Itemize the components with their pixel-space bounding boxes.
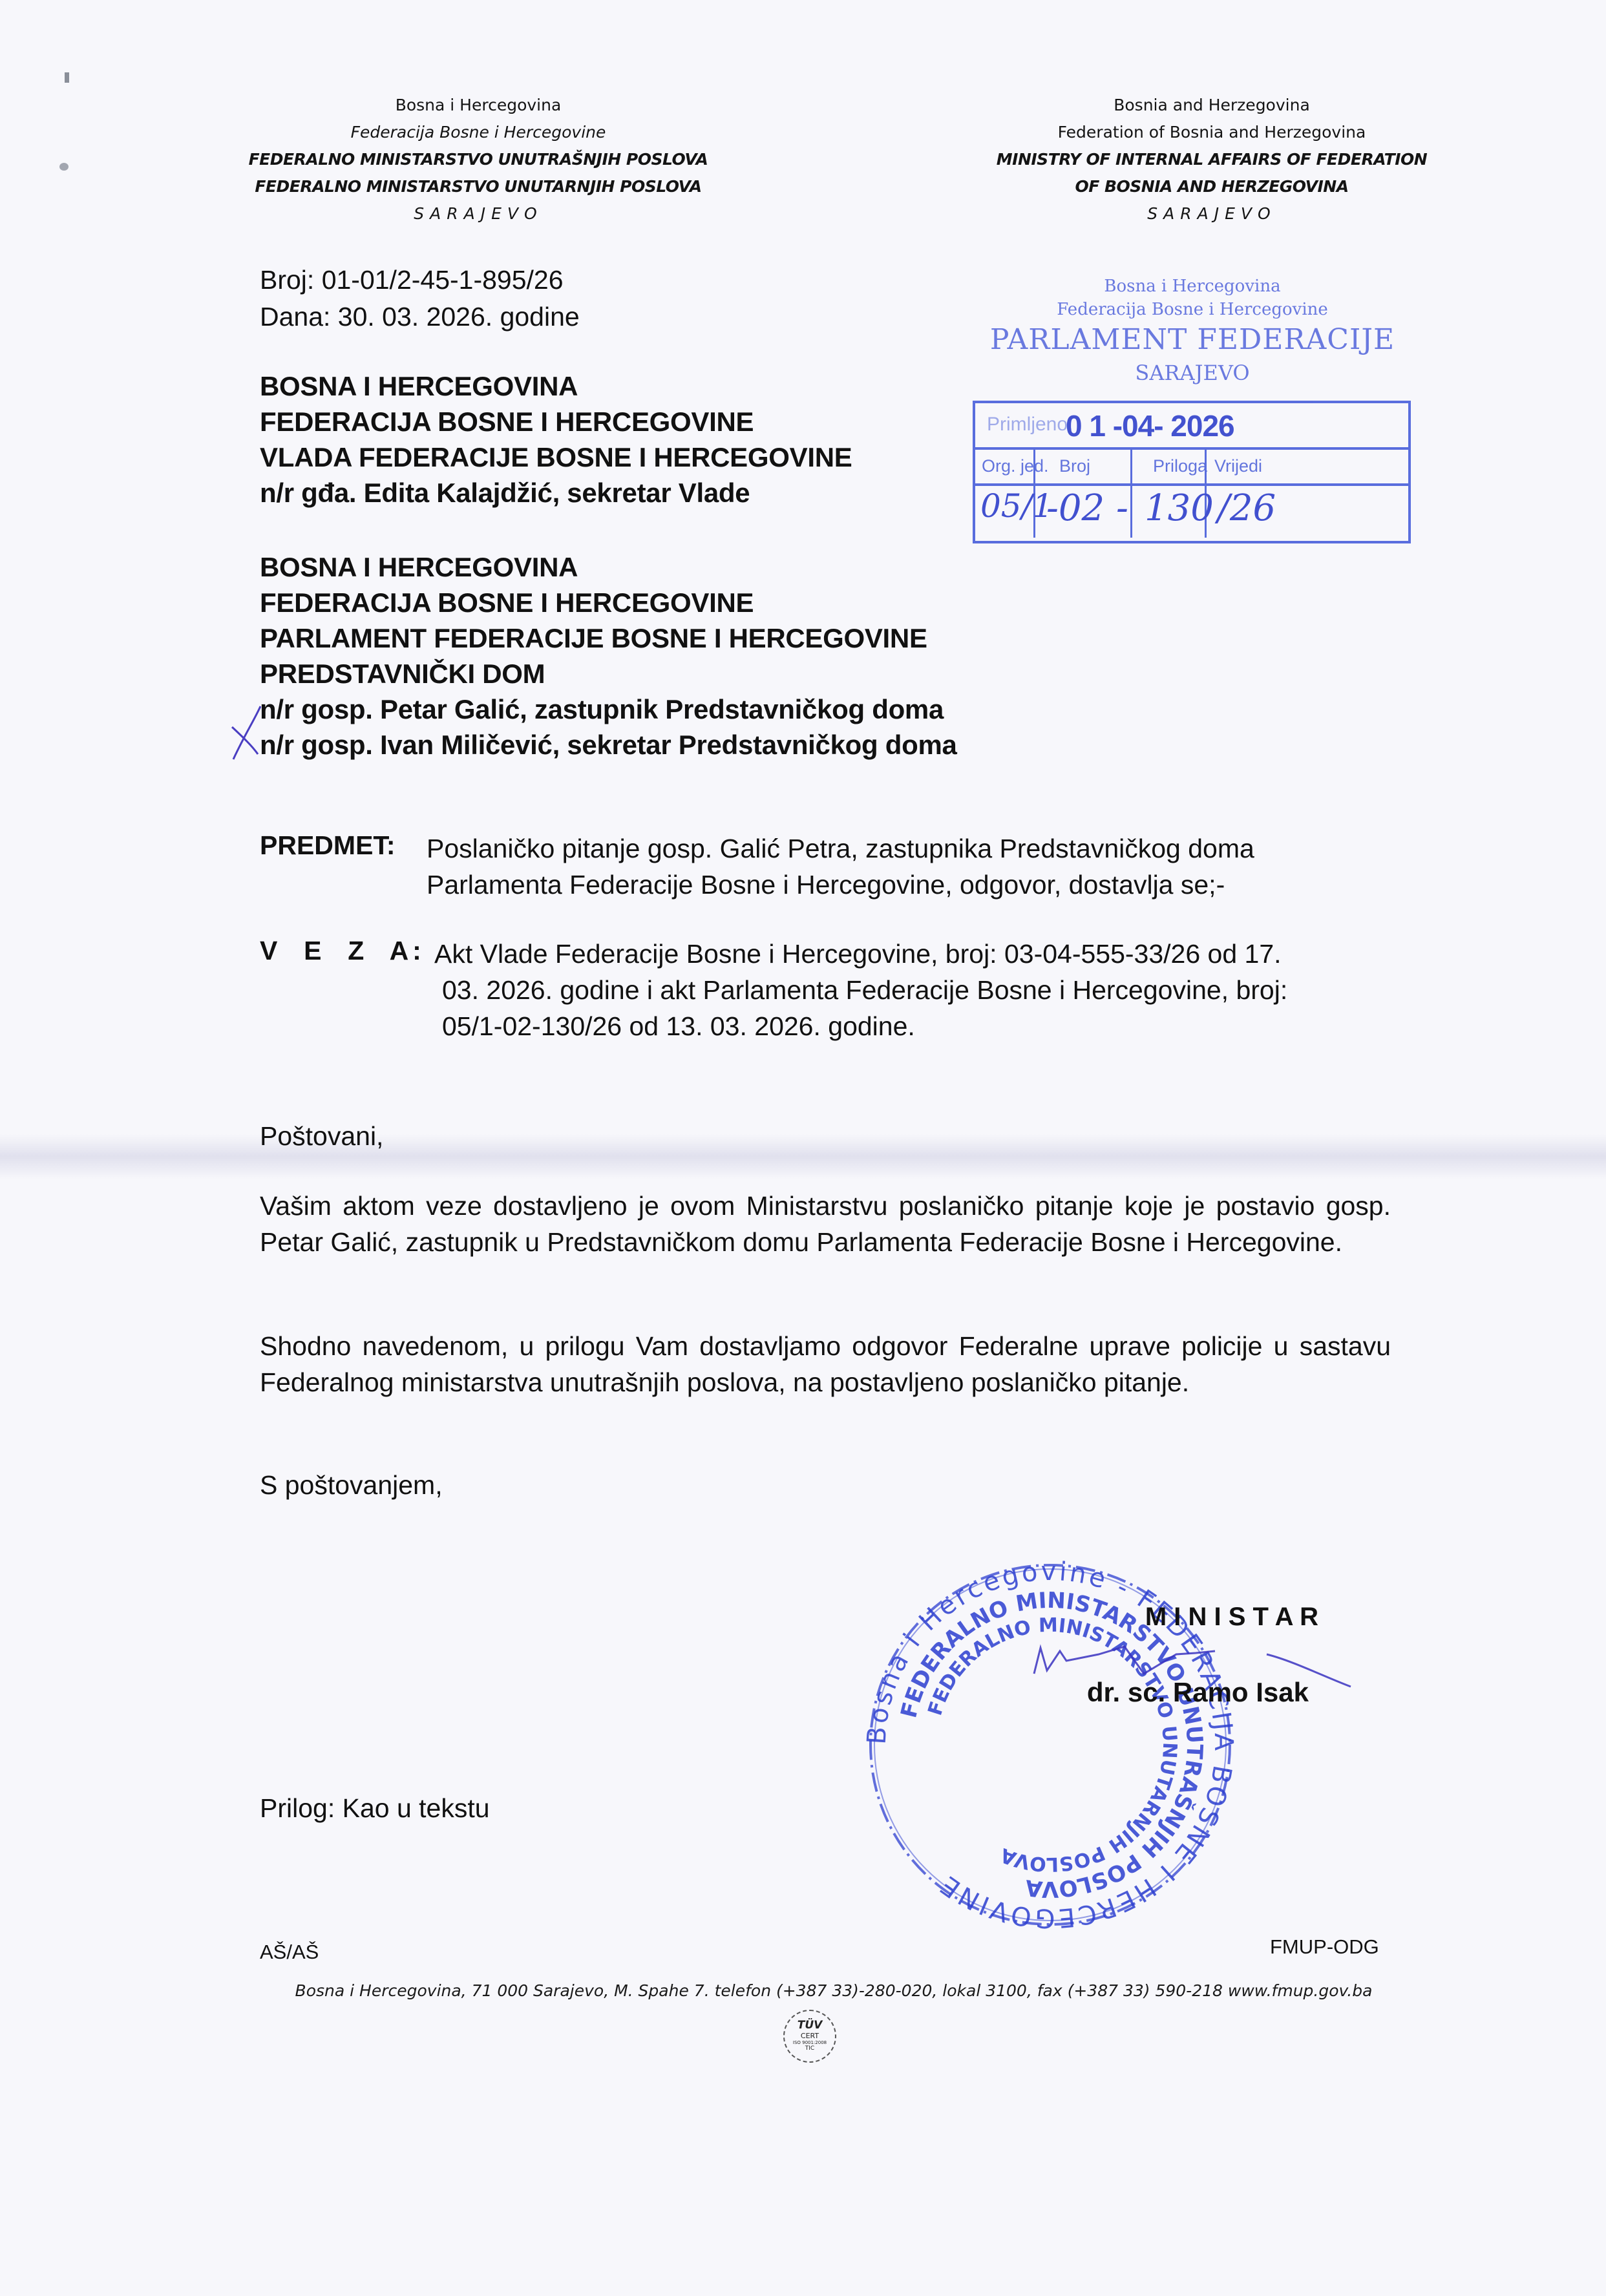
handwritten-signature	[1021, 1635, 1383, 1693]
letterhead-ministry-en-2: OF BOSNIA AND HERZEGOVINA	[976, 173, 1448, 200]
recipient-line: PARLAMENT FEDERACIJE BOSNE I HERCEGOVINE	[260, 620, 957, 656]
handwritten-number: -02 -	[1046, 487, 1128, 529]
subject-line: Parlamenta Federacije Bosne i Hercegovin…	[427, 867, 1422, 903]
body-paragraph-1: Vašim aktom veze dostavljeno je ovom Min…	[260, 1188, 1391, 1260]
cert-label: CERT	[785, 2032, 835, 2040]
reference-link-label: V E Z A:	[260, 936, 425, 966]
subject-line: Poslaničko pitanje gosp. Galić Petra, za…	[427, 830, 1422, 867]
cert-org: TIC	[785, 2045, 835, 2052]
reference-date: Dana: 30. 03. 2026. godine	[260, 299, 580, 335]
reference-link-line: Akt Vlade Federacije Bosne i Hercegovine…	[434, 936, 1423, 972]
letterhead-federation: Federacija Bosne i Hercegovine	[246, 119, 711, 146]
receipt-stamp-line: Bosna i Hercegovina	[969, 275, 1415, 298]
footer-address: Bosna i Hercegovina, 71 000 Sarajevo, M.…	[278, 1981, 1389, 2000]
column-valid: Vrijedi	[1214, 456, 1262, 476]
letterhead-city-en: SARAJEVO	[976, 200, 1448, 227]
letterhead-country-en: Bosnia and Herzegovina	[976, 92, 1448, 119]
received-date: 0 1 -04- 2026	[1066, 408, 1234, 443]
receipt-stamp-values-row: 05/1 -02 - 130 /26	[975, 486, 1408, 538]
receipt-stamp-city: SARAJEVO	[969, 359, 1415, 387]
column-attachments: Priloga	[1153, 456, 1207, 476]
reference-link-line: 05/1-02-130/26 od 13. 03. 2026. godine.	[434, 1008, 1423, 1044]
recipient-line: VLADA FEDERACIJE BOSNE I HERCEGOVINE	[260, 439, 852, 475]
letterhead-ministry: FEDERALNO MINISTARSTVO UNUTRAŠNJIH POSLO…	[246, 146, 711, 173]
handwritten-org-unit: 05/1	[980, 487, 1053, 525]
handwritten-check-mark	[229, 701, 268, 763]
receipt-stamp-header: Bosna i Hercegovina Federacija Bosne i H…	[969, 275, 1415, 387]
recipient-attention: n/r gđa. Edita Kalajdžić, sekretar Vlade	[260, 475, 852, 511]
staple-mark	[65, 72, 69, 83]
reference-link-line: 03. 2026. godine i akt Parlamenta Federa…	[434, 972, 1423, 1008]
recipient-parliament: BOSNA I HERCEGOVINA FEDERACIJA BOSNE I H…	[260, 549, 957, 763]
column-divider	[1130, 450, 1132, 483]
recipient-line: PREDSTAVNIČKI DOM	[260, 656, 957, 691]
letterhead-federation-en: Federation of Bosnia and Herzegovina	[976, 119, 1448, 146]
receipt-stamp-header-row: Org. jed. Broj Priloga Vrijedi	[975, 450, 1408, 486]
recipient-attention: n/r gosp. Ivan Miličević, sekretar Preds…	[260, 727, 957, 763]
recipient-line: BOSNA I HERCEGOVINA	[260, 368, 852, 404]
column-divider	[1205, 450, 1207, 483]
attachment-note: Prilog: Kao u tekstu	[260, 1790, 490, 1826]
receipt-stamp-line: Federacija Bosne i Hercegovine	[969, 298, 1415, 321]
received-label: Primljeno:	[987, 414, 1073, 436]
letterhead-ministry-alt: FEDERALNO MINISTARSTVO UNUTARNJIH POSLOV…	[246, 173, 711, 200]
letterhead-country: Bosna i Hercegovina	[246, 92, 711, 119]
reference-number: Broj: 01-01/2-45-1-895/26	[260, 262, 580, 299]
letterhead-city: SARAJEVO	[246, 200, 711, 227]
letterhead-left: Bosna i Hercegovina Federacija Bosne i H…	[246, 92, 711, 227]
reference-link-text: Akt Vlade Federacije Bosne i Hercegovine…	[434, 936, 1423, 1044]
reference-block: Broj: 01-01/2-45-1-895/26 Dana: 30. 03. …	[260, 262, 580, 335]
recipient-line: BOSNA I HERCEGOVINA	[260, 549, 957, 585]
receipt-stamp-title: PARLAMENT FEDERACIJE	[969, 321, 1415, 359]
signature-block: M I N I S T A R dr. sc. Ramo Isak	[1073, 1603, 1370, 1708]
signature-title: M I N I S T A R	[1073, 1603, 1370, 1632]
body-paragraph-2: Shodno navedenom, u prilogu Vam dostavlj…	[260, 1328, 1391, 1400]
cert-standard: ISO 9001:2008	[785, 2040, 835, 2045]
receipt-stamp-received-row: Primljeno: 0 1 -04- 2026	[975, 403, 1408, 450]
column-number: Broj	[1059, 456, 1090, 476]
recipient-government: BOSNA I HERCEGOVINA FEDERACIJA BOSNE I H…	[260, 368, 852, 511]
letterhead-ministry-en: MINISTRY OF INTERNAL AFFAIRS OF FEDERATI…	[976, 146, 1448, 173]
recipient-attention: n/r gosp. Petar Galić, zastupnik Predsta…	[260, 691, 957, 727]
greeting: Poštovani,	[260, 1118, 383, 1154]
recipient-line: FEDERACIJA BOSNE I HERCEGOVINE	[260, 585, 957, 620]
subject-label: PREDMET:	[260, 830, 396, 861]
iso-certification-badge: TÜV CERT ISO 9001:2008 TIC	[783, 2010, 836, 2063]
cert-brand: TÜV	[785, 2019, 835, 2032]
closing: S poštovanjem,	[260, 1467, 443, 1503]
author-initials: AŠ/AŠ	[260, 1941, 319, 1964]
staple-mark	[59, 163, 69, 171]
letterhead-right: Bosnia and Herzegovina Federation of Bos…	[976, 92, 1448, 227]
document-code: FMUP-ODG	[1270, 1935, 1379, 1959]
receipt-stamp-box: Primljeno: 0 1 -04- 2026 Org. jed. Broj …	[973, 401, 1411, 543]
subject-text: Poslaničko pitanje gosp. Galić Petra, za…	[427, 830, 1422, 903]
column-divider	[1130, 486, 1132, 538]
handwritten-valid: /26	[1218, 487, 1276, 529]
paper-fold-shadow	[0, 1134, 1606, 1179]
handwritten-attachments: 130	[1145, 487, 1214, 529]
recipient-line: FEDERACIJA BOSNE I HERCEGOVINE	[260, 404, 852, 439]
